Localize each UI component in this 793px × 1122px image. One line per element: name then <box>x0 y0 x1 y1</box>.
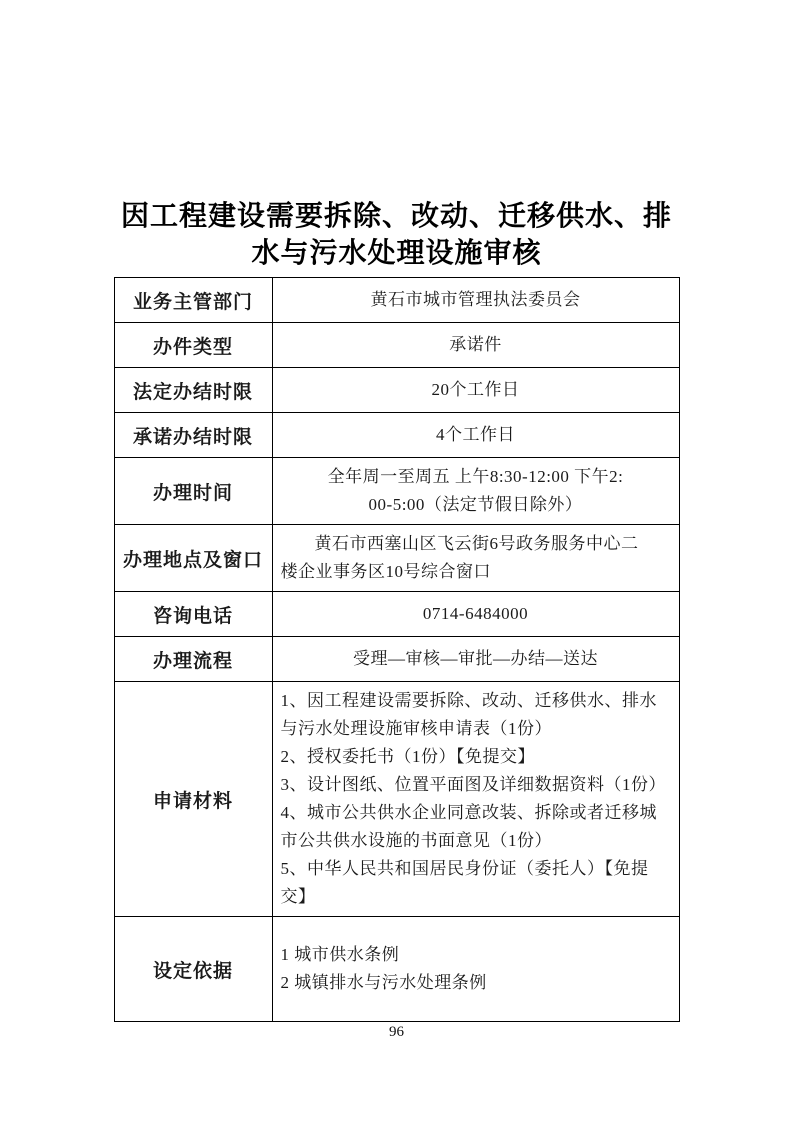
row-value: 1 城市供水条例2 城镇排水与污水处理条例 <box>272 917 679 1022</box>
page-title-line-1: 因工程建设需要拆除、改动、迁移供水、排 <box>121 201 672 232</box>
row-label: 办理流程 <box>114 637 272 682</box>
row-label: 办件类型 <box>114 323 272 368</box>
row-value: 承诺件 <box>272 323 679 368</box>
value-line: 1、因工程建设需要拆除、改动、迁移供水、排水 <box>281 687 671 715</box>
table-row: 设定依据1 城市供水条例2 城镇排水与污水处理条例 <box>114 917 679 1022</box>
row-label: 咨询电话 <box>114 592 272 637</box>
table-row: 法定办结时限20个工作日 <box>114 368 679 413</box>
value-line: 全年周一至周五 上午8:30-12:00 下午2: <box>281 463 671 491</box>
table-row: 办理流程受理—审核—审批—办结—送达 <box>114 637 679 682</box>
value-line: 交】 <box>281 883 671 911</box>
row-label: 业务主管部门 <box>114 278 272 323</box>
table-row: 承诺办结时限4个工作日 <box>114 413 679 458</box>
value-line: 0714-6484000 <box>281 600 671 628</box>
row-value: 0714-6484000 <box>272 592 679 637</box>
row-label: 办理时间 <box>114 458 272 525</box>
value-line: 楼企业事务区10号综合窗口 <box>281 558 671 586</box>
table-row: 办理地点及窗口黄石市西塞山区飞云街6号政务服务中心二楼企业事务区10号综合窗口 <box>114 525 679 592</box>
row-label: 申请材料 <box>114 682 272 917</box>
table-row: 咨询电话0714-6484000 <box>114 592 679 637</box>
value-line: 4、城市公共供水企业同意改装、拆除或者迁移城 <box>281 799 671 827</box>
value-line: 1 城市供水条例 <box>281 941 671 969</box>
page-number: 96 <box>0 1024 793 1041</box>
value-line: 2、授权委托书（1份）【免提交】 <box>281 743 671 771</box>
value-line: 4个工作日 <box>281 421 671 449</box>
row-value: 黄石市城市管理执法委员会 <box>272 278 679 323</box>
row-value: 黄石市西塞山区飞云街6号政务服务中心二楼企业事务区10号综合窗口 <box>272 525 679 592</box>
row-label: 法定办结时限 <box>114 368 272 413</box>
page-title-line-2: 水与污水处理设施审核 <box>251 238 541 269</box>
service-info-table: 业务主管部门黄石市城市管理执法委员会办件类型承诺件法定办结时限20个工作日承诺办… <box>114 277 680 1022</box>
table-row: 办件类型承诺件 <box>114 323 679 368</box>
table-row: 业务主管部门黄石市城市管理执法委员会 <box>114 278 679 323</box>
value-line: 3、设计图纸、位置平面图及详细数据资料（1份） <box>281 771 671 799</box>
row-label: 办理地点及窗口 <box>114 525 272 592</box>
value-line: 黄石市城市管理执法委员会 <box>281 286 671 314</box>
value-line: 黄石市西塞山区飞云街6号政务服务中心二 <box>281 530 671 558</box>
value-line: 承诺件 <box>281 331 671 359</box>
row-value: 受理—审核—审批—办结—送达 <box>272 637 679 682</box>
row-label: 承诺办结时限 <box>114 413 272 458</box>
row-value: 全年周一至周五 上午8:30-12:00 下午2:00-5:00（法定节假日除外… <box>272 458 679 525</box>
page-title: 因工程建设需要拆除、改动、迁移供水、排 水与污水处理设施审核 <box>0 198 793 272</box>
value-line: 与污水处理设施审核申请表（1份） <box>281 715 671 743</box>
value-line: 市公共供水设施的书面意见（1份） <box>281 827 671 855</box>
value-line: 00-5:00（法定节假日除外） <box>281 491 671 519</box>
value-line: 5、中华人民共和国居民身份证（委托人）【免提 <box>281 855 671 883</box>
row-label: 设定依据 <box>114 917 272 1022</box>
row-value: 20个工作日 <box>272 368 679 413</box>
value-line: 受理—审核—审批—办结—送达 <box>281 645 671 673</box>
value-line: 2 城镇排水与污水处理条例 <box>281 969 671 997</box>
row-value: 1、因工程建设需要拆除、改动、迁移供水、排水与污水处理设施审核申请表（1份）2、… <box>272 682 679 917</box>
table-row: 申请材料1、因工程建设需要拆除、改动、迁移供水、排水与污水处理设施审核申请表（1… <box>114 682 679 917</box>
value-line: 20个工作日 <box>281 376 671 404</box>
row-value: 4个工作日 <box>272 413 679 458</box>
table-row: 办理时间全年周一至周五 上午8:30-12:00 下午2:00-5:00（法定节… <box>114 458 679 525</box>
